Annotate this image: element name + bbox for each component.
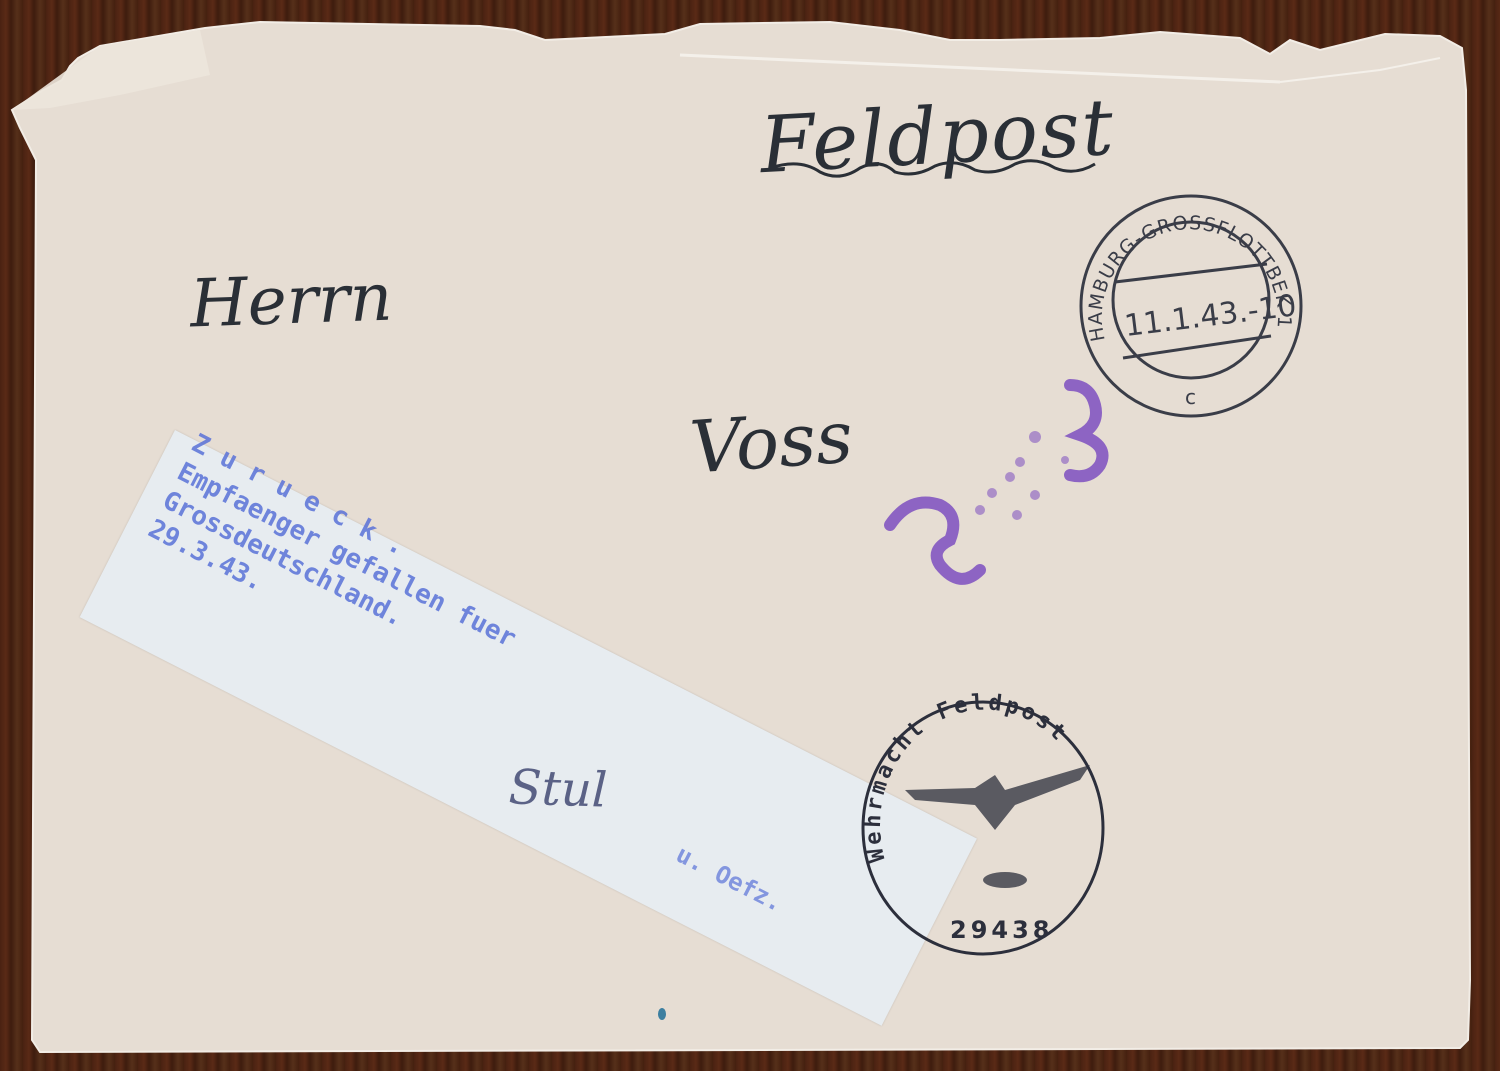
eagle-emblem-icon [905,765,1090,888]
ink-spot [658,1008,666,1020]
unit-stamp-number: 29438 [950,916,1054,944]
salutation-handwriting: Herrn [189,258,394,342]
feldpost-unit-stamp: Wehrmacht Feldpost 29438 [855,680,1105,960]
return-slip-unit-fragment: u. Oefz. [672,840,788,917]
postmark-date: 11.1.43.-10 [1122,288,1298,344]
svg-text:Wehrmacht Feldpost: Wehrmacht Feldpost [861,690,1073,864]
return-slip-signature: Stul [508,759,608,818]
feldpost-handwriting: Feldpost [758,83,1117,191]
unit-stamp-ring-text: Wehrmacht Feldpost [861,690,1073,864]
recipient-name-handwriting: Voss [687,394,855,489]
postmark-letter: c [1185,385,1196,409]
violet-handstamp [870,365,1110,595]
envelope: Feldpost Herrn Voss N HAMBURG-GROSSFLOTT… [0,0,1500,1071]
